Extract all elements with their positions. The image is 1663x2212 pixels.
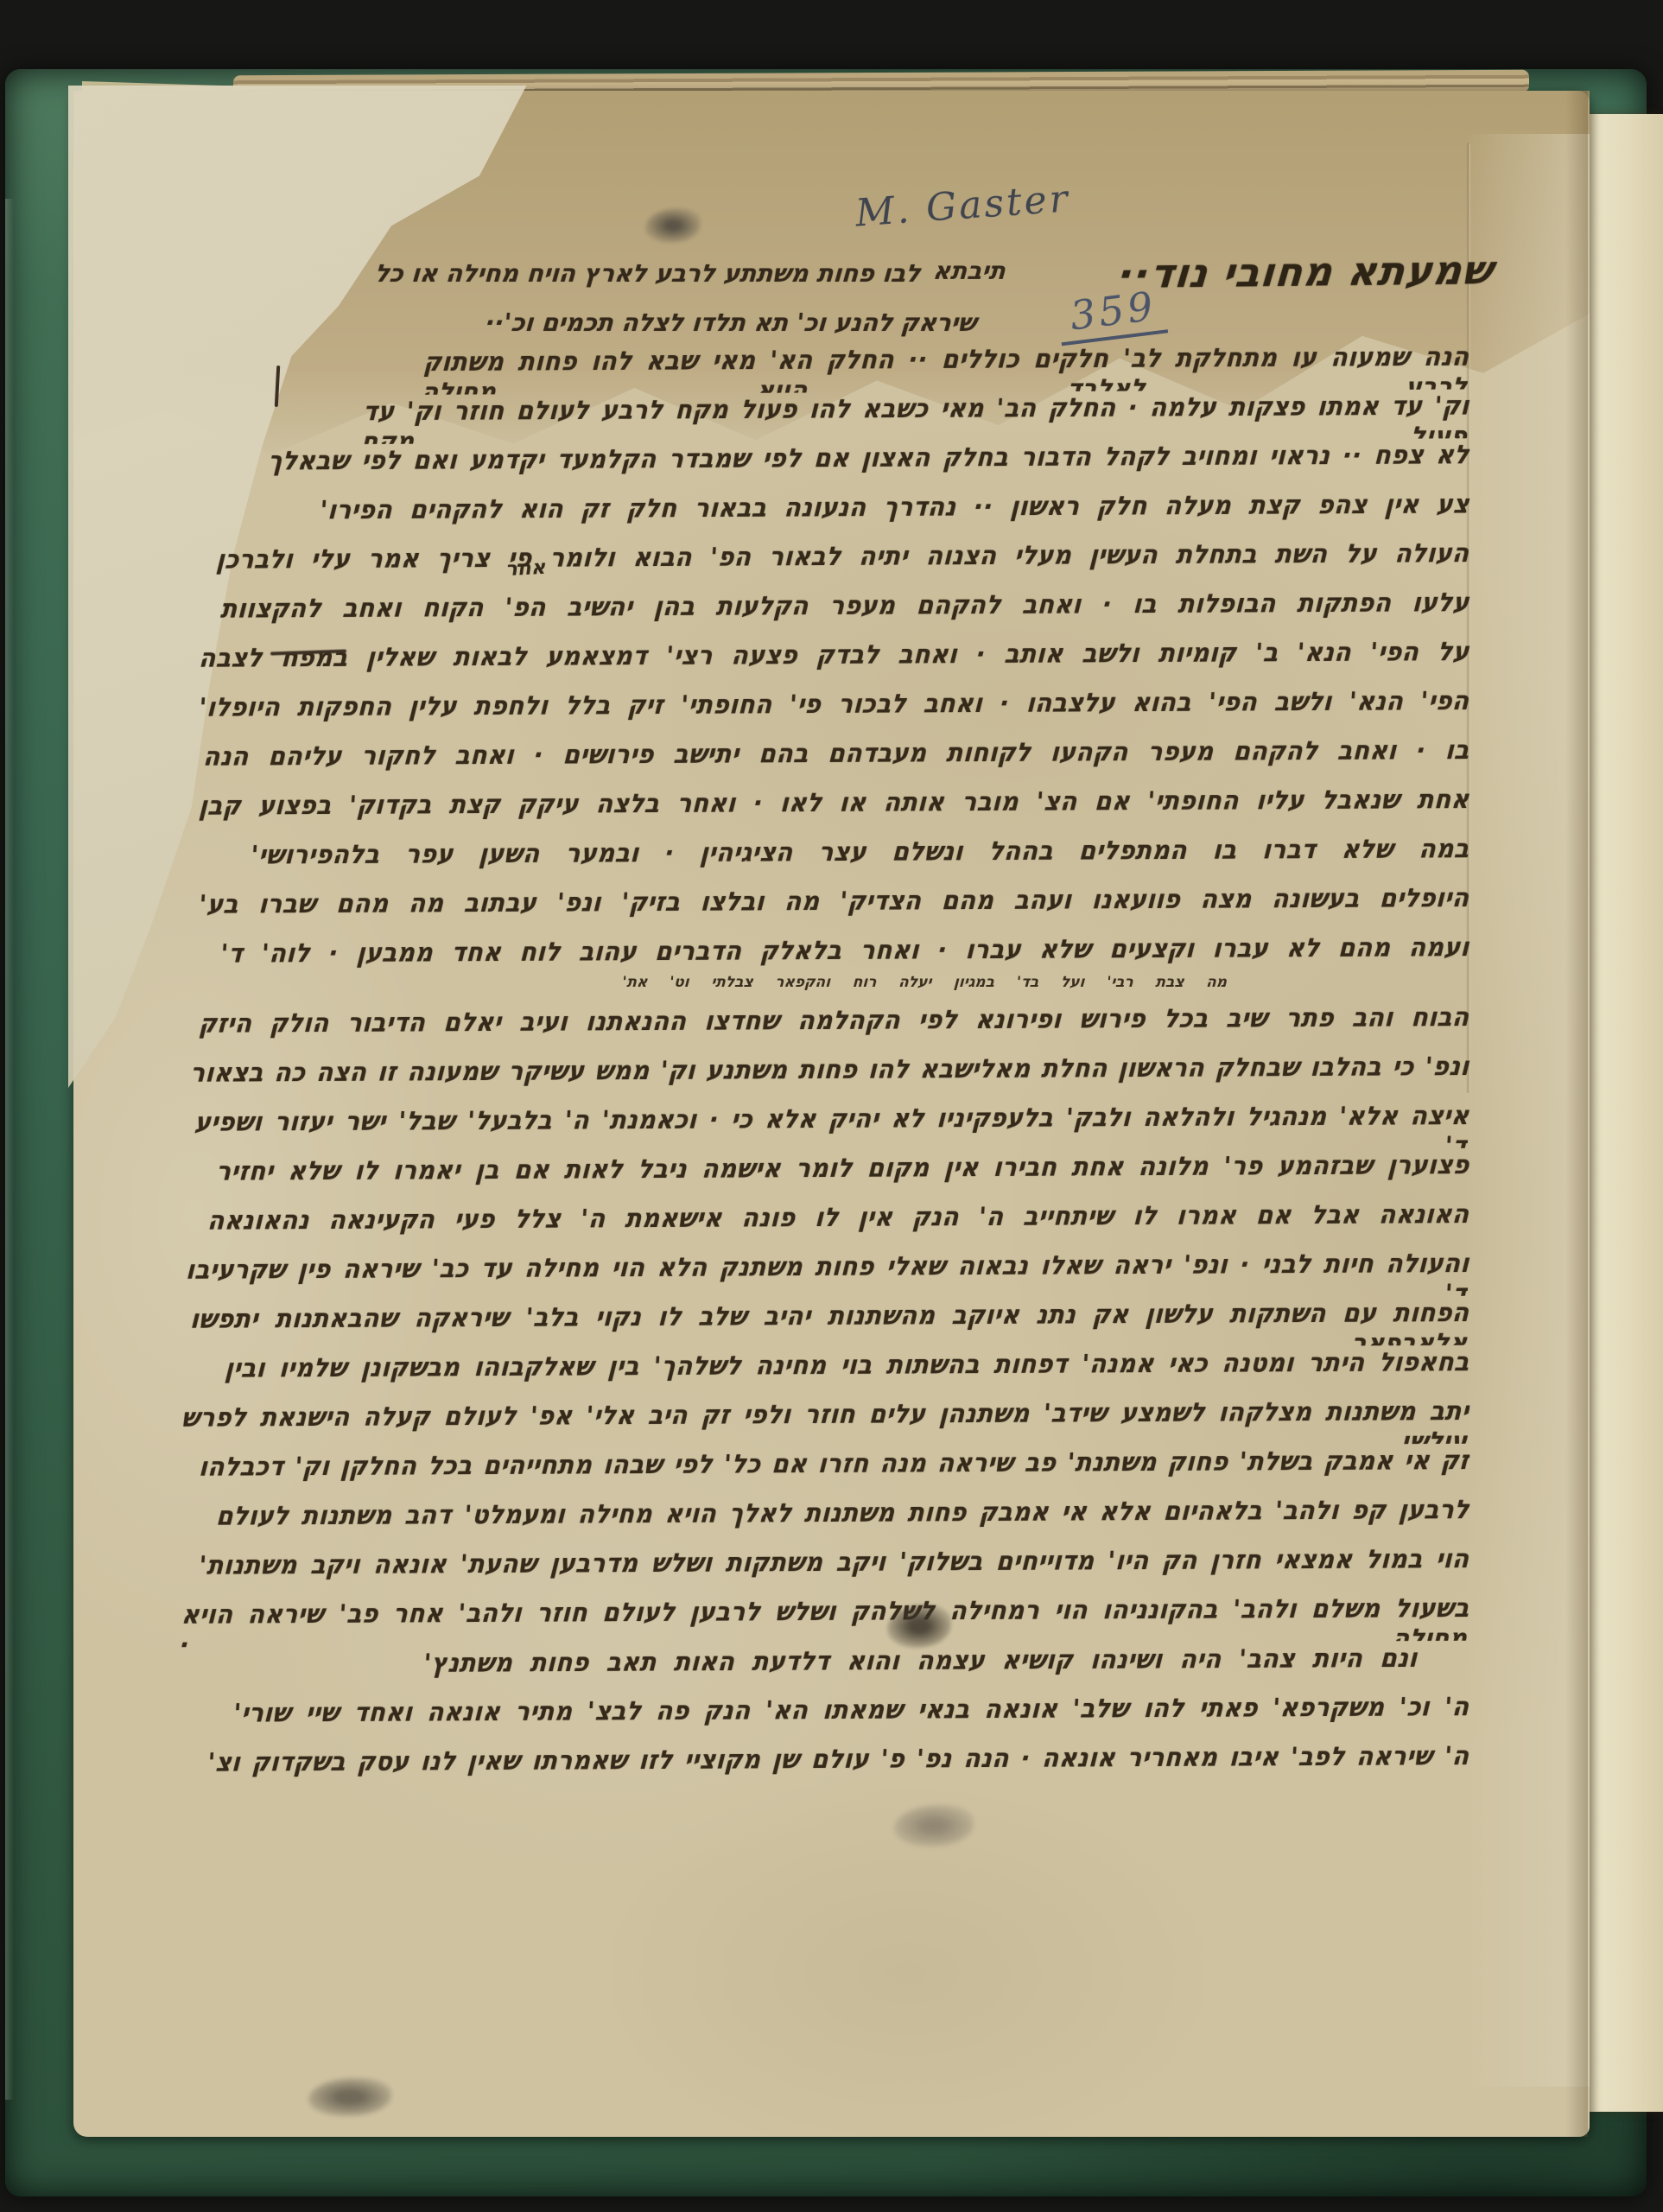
manuscript-line: איצה אלא' מנהגיל ולהלאה ולבק' בלעפקיניו … xyxy=(193,1101,1470,1155)
manuscript-line: ה' וכ' משקרפא' פאתי להו שלב' אונאה בנאי … xyxy=(232,1692,1470,1746)
manuscript-line: בחאפול היתר ומטנה כאי אמנה' דפחות בהשתות… xyxy=(223,1347,1470,1402)
manuscript-line: אחת שנאבל עליו החופתי' אם הצ' מובר אותה … xyxy=(197,785,1470,839)
interlinear-gloss: מה צבת רבי' ועל בד' במגיון יעלה רוח והקפ… xyxy=(621,974,1228,996)
text-block: הנה שמעוה עו מתחלקת לב' חלקים כוללים ·· … xyxy=(73,91,1590,2137)
manuscript-line: הנה שמעוה עו מתחלקת לב' חלקים כוללים ·· … xyxy=(422,341,1470,394)
manuscript-line: הוי במול אמצאי חזרן הק היו' מדוייחים בשל… xyxy=(197,1544,1470,1599)
manuscript-line: על הפי' הנא' ב' קומיות ולשב אותב · ואחב … xyxy=(197,637,1470,691)
manuscript-line: זק אי אמבק בשלת' פחוק משתנת' פב שיראה מנ… xyxy=(197,1446,1470,1500)
manuscript-line: בשעול משלם ולהב' בהקונניהו הוי רמחילה לש… xyxy=(180,1593,1470,1648)
manuscript-line: עלעו הפתקות הבופלות בו · ואחב להקהם מעפר… xyxy=(219,588,1470,642)
manuscript-line: הפחות עם השתקות עלשון אק נתנ איוקב מהשתנ… xyxy=(188,1298,1470,1352)
correction-word: אחר xyxy=(505,556,546,581)
manuscript-line: לא צפח ·· נראוי ומחויב לקהל הדבור בחלק ה… xyxy=(266,440,1470,493)
manuscript-line: היופלים בעשונה מצה פוועאנו ועהב מהם הצדי… xyxy=(197,883,1470,938)
manuscript-line: האונאה אבל אם אמרו לו שיתחייב ה' הנק אין… xyxy=(206,1199,1470,1254)
manuscript-line: בו · ואחב להקהם מעפר הקהעו לקוחות מעבדהם… xyxy=(201,735,1470,790)
manuscript-line: במה שלא דברו בו המתפלים בההל ונשלם עצר ה… xyxy=(249,834,1470,888)
manuscript-line: הפי' הנא' ולשב הפי' בהוא עלצבהו · ואחב ל… xyxy=(197,686,1470,741)
manuscript-line: יתב משתנות מצלקהו לשמצע שידב' משתנהן עלי… xyxy=(180,1396,1470,1451)
manuscript-line: וק' עד אמתו פצקות עלמה · החלק הב' מאי כש… xyxy=(361,391,1470,444)
manuscript-line: ונפ' כי בהלבו שבחלק הראשון החלת מאלישבא … xyxy=(188,1052,1470,1106)
manuscript-line: העולה על השת בתחלת העשין מעלי הצנוה יתיה… xyxy=(214,538,1470,593)
manuscript-line: והעולה חיות לבני · ונפ' יראה שאלו נבאוה … xyxy=(184,1249,1470,1303)
manuscript-line: ה' שיראה לפב' איבו מאחריר אונאה · הנה נפ… xyxy=(206,1741,1470,1796)
manuscript-line: לרבען קפ ולהב' בלאהיום אלא אי אמבק פחות … xyxy=(214,1495,1470,1549)
manuscript-line: פצוערן שבזהמע פר' מלונה אחת חבירו אין מק… xyxy=(214,1150,1470,1205)
manuscript-line: הבוח והב פתר שיב בכל פירוש ופירונא לפי ה… xyxy=(197,1002,1470,1057)
manuscript-line: צע אין צהפ קצת מעלה חלק ראשון ·· נהדרך ה… xyxy=(318,489,1470,543)
manuscript-line: ונם היות צהב' היה ושינהו קושיא עצמה והוא… xyxy=(422,1643,1419,1695)
flyleaf-edge xyxy=(1586,114,1663,2112)
manuscript-page: M. Gaster 359 תיבתא שמעתא מחובי נוד·· לב… xyxy=(73,91,1590,2137)
